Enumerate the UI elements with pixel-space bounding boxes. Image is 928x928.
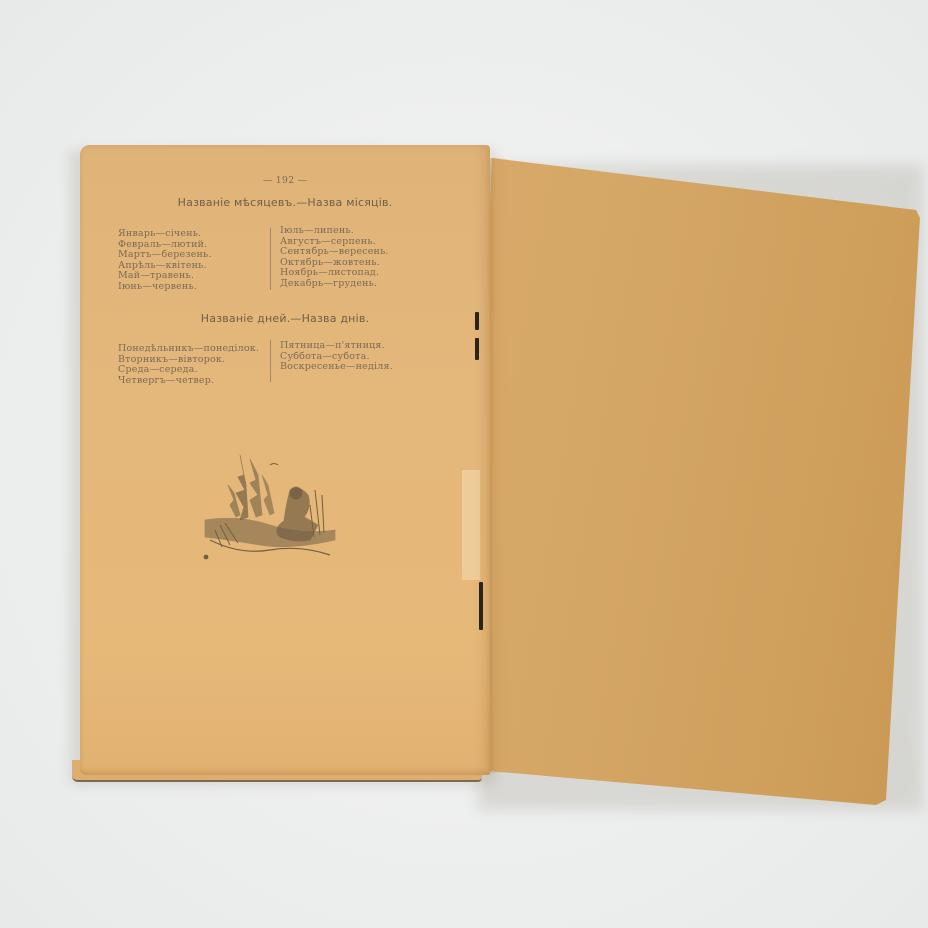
page-number: — 192 — bbox=[80, 176, 490, 187]
months-column-divider bbox=[270, 228, 271, 290]
day-entry: Воскресенье—неділя. bbox=[280, 362, 393, 373]
day-entry: Четвергъ—четвер. bbox=[118, 376, 259, 387]
days-left-column: Понедѣльникъ—понеділок. Вторникъ—вівторо… bbox=[118, 344, 259, 386]
days-heading: Названіе дней.—Назва днів. bbox=[80, 314, 490, 325]
month-entry: Іюнь—червень. bbox=[118, 282, 212, 293]
month-entry: Январь—січень. bbox=[118, 229, 212, 240]
day-entry: Понедѣльникъ—понеділок. bbox=[118, 344, 259, 355]
months-right-column: Іюль—липень. Августъ—серпень. Сентябрь—в… bbox=[280, 226, 389, 290]
month-entry: Декабрь—грудень. bbox=[280, 279, 389, 290]
month-entry: Іюль—липень. bbox=[280, 226, 389, 237]
months-heading: Названіе мѣсяцевъ.—Назва місяців. bbox=[80, 198, 490, 209]
days-column-divider bbox=[270, 340, 271, 382]
day-entry: Пятница—п'ятниця. bbox=[280, 341, 393, 352]
days-right-column: Пятница—п'ятниця. Суббота—субота. Воскре… bbox=[280, 341, 393, 373]
woodcut-illustration-icon bbox=[200, 445, 340, 570]
months-left-column: Январь—січень. Февраль—лютий. Мартъ—бере… bbox=[118, 229, 212, 293]
